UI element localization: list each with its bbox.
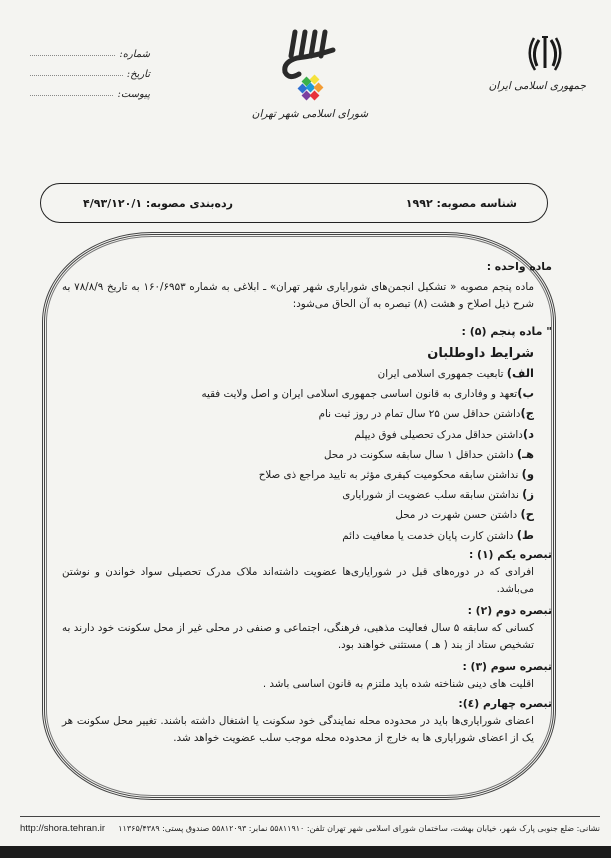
note-1: تبصره یکم (۱) : افرادی که در دوره‌های قب… xyxy=(62,546,552,598)
emblem-caption: جمهوری اسلامی ایران xyxy=(504,80,586,92)
footer: نشانی: ضلع جنوبی پارک شهر، خیابان بهشت، … xyxy=(20,820,600,836)
note-3: تبصره سوم (۳) : اقلیت های دینی شناخته شد… xyxy=(62,658,552,693)
condition-letter: و) xyxy=(522,467,534,481)
note-body: افرادی که در دوره‌های قبل در شورایاری‌ها… xyxy=(62,564,552,598)
note-2: تبصره دوم (۲) : کسانی که سابقه ۵ سال فعا… xyxy=(62,602,552,654)
condition-item: ط) داشتن کارت پایان خدمت یا معافیت دائم xyxy=(62,526,534,546)
single-article-heading: ماده واحده : xyxy=(62,258,552,275)
note-body: کسانی که سابقه ۵ سال فعالیت مذهبی، فرهنگ… xyxy=(62,620,552,654)
reference-fields: شماره: تاریخ: پیوست: xyxy=(30,40,150,100)
condition-letter: ز) xyxy=(522,487,534,501)
approval-classification: رده‌بندی مصوبه: ۴/۹۳/۱۲۰/۱ xyxy=(83,197,233,210)
condition-text: تابعیت جمهوری اسلامی ایران xyxy=(378,368,507,380)
ref-date-line xyxy=(30,75,123,76)
note-title: تبصره چهارم (٤): xyxy=(62,695,552,713)
approval-id: شناسه مصوبه: ۱۹۹۲ xyxy=(406,197,517,210)
note-title: تبصره سوم (۳) : xyxy=(62,658,552,676)
condition-item: هـ) داشتن حداقل ۱ سال سابقه سکونت در محل xyxy=(62,445,534,465)
iran-emblem: جمهوری اسلامی ایران xyxy=(504,20,586,110)
article-five-title: " ماده پنجم (۵) : xyxy=(62,323,552,340)
condition-text: داشتن حسن شهرت در محل xyxy=(395,509,520,521)
condition-text: تعهد و وفاداری به قانون اساسی جمهوری اسل… xyxy=(201,388,517,400)
condition-item: د)داشتن حداقل مدرک تحصیلی فوق دیپلم xyxy=(62,425,534,445)
condition-item: ح) داشتن حسن شهرت در محل xyxy=(62,505,534,525)
approval-id-box: شناسه مصوبه: ۱۹۹۲ رده‌بندی مصوبه: ۴/۹۳/۱… xyxy=(40,183,548,223)
note-body: اعضای شورایاری‌ها باید در محدوده محله نم… xyxy=(62,713,552,747)
intro-paragraph: ماده پنجم مصوبه « تشکیل انجمن‌های شورایا… xyxy=(62,279,552,313)
condition-letter: ج) xyxy=(520,406,534,420)
note-body: اقلیت های دینی شناخته شده باید ملتزم به … xyxy=(62,676,552,693)
note-title: تبصره دوم (۲) : xyxy=(62,602,552,620)
condition-letter: الف) xyxy=(507,366,534,380)
document-body: ماده واحده : ماده پنجم مصوبه « تشکیل انج… xyxy=(62,258,552,747)
condition-text: نداشتن سابقه محکومیت کیفری مؤثر به تایید… xyxy=(259,469,522,481)
council-caption: شورای اسلامی شهر تهران xyxy=(240,108,380,120)
condition-letter: ب) xyxy=(517,386,534,400)
condition-item: ب)تعهد و وفاداری به قانون اساسی جمهوری ا… xyxy=(62,384,534,404)
ref-attachment-row: پیوست: xyxy=(30,80,150,100)
note-4: تبصره چهارم (٤): اعضای شورایاری‌ها باید … xyxy=(62,695,552,747)
ref-date-row: تاریخ: xyxy=(30,60,150,80)
footer-address: نشانی: ضلع جنوبی پارک شهر، خیابان بهشت، … xyxy=(118,824,600,833)
condition-text: داشتن حداقل ۱ سال سابقه سکونت در محل xyxy=(324,449,517,461)
condition-item: و) نداشتن سابقه محکومیت کیفری مؤثر به تا… xyxy=(62,465,534,485)
ref-attachment-line xyxy=(30,95,113,96)
scan-bottom-edge xyxy=(0,846,611,858)
ref-number-row: شماره: xyxy=(30,40,150,60)
ref-date-label: تاریخ: xyxy=(127,69,150,80)
condition-text: داشتن حداقل سن ۲۵ سال تمام در روز ثبت نا… xyxy=(319,408,521,420)
website-link[interactable]: http://shora.tehran.ir xyxy=(20,823,105,834)
conditions-list: الف) تابعیت جمهوری اسلامی ایران ب)تعهد و… xyxy=(62,364,552,546)
conditions-title: شرایط داوطلبان xyxy=(62,344,552,364)
ref-attachment-label: پیوست: xyxy=(117,89,150,100)
document-page: جمهوری اسلامی ایران شورای اسلامی شهر تهر xyxy=(0,0,611,858)
ref-number-label: شماره: xyxy=(119,49,150,60)
council-logo-icon xyxy=(275,26,345,106)
iran-emblem-icon xyxy=(527,34,563,74)
ref-number-line xyxy=(30,55,115,56)
condition-text: داشتن حداقل مدرک تحصیلی فوق دیپلم xyxy=(354,429,522,441)
condition-text: داشتن کارت پایان خدمت یا معافیت دائم xyxy=(342,530,517,542)
condition-item: ج)داشتن حداقل سن ۲۵ سال تمام در روز ثبت … xyxy=(62,404,534,424)
footer-divider xyxy=(20,816,600,817)
note-title: تبصره یکم (۱) : xyxy=(62,546,552,564)
condition-letter: د) xyxy=(523,427,534,441)
condition-item: الف) تابعیت جمهوری اسلامی ایران xyxy=(62,364,534,384)
condition-letter: ط) xyxy=(517,528,534,542)
condition-item: ز) نداشتن سابقه سلب عضویت از شورایاری xyxy=(62,485,534,505)
council-logo: شورای اسلامی شهر تهران xyxy=(240,26,380,126)
condition-letter: ح) xyxy=(520,507,534,521)
condition-text: نداشتن سابقه سلب عضویت از شورایاری xyxy=(342,489,522,501)
condition-letter: هـ) xyxy=(517,447,534,461)
